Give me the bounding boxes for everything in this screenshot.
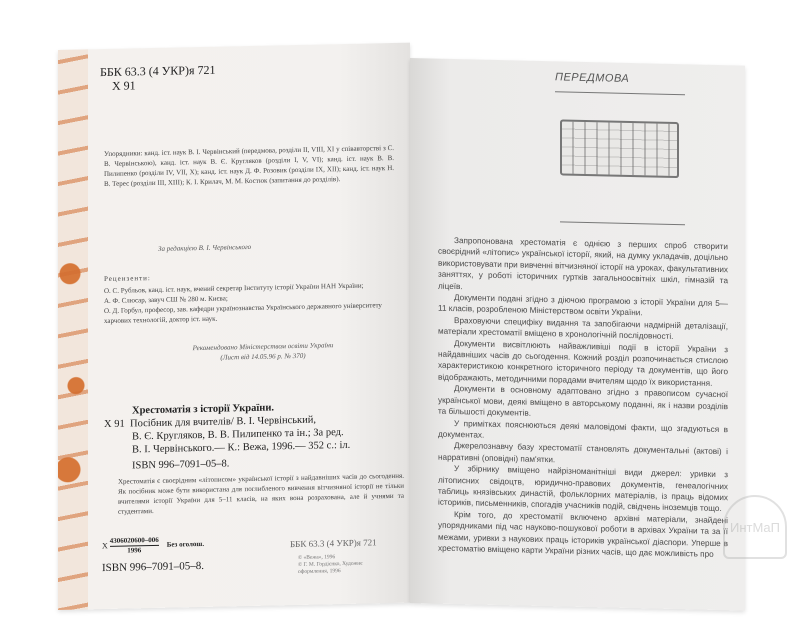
catalog-card-code: Х 91: [104, 417, 130, 431]
editor-line: За редакцією В. І. Червінського: [158, 242, 251, 255]
ornamental-vignette-icon: [560, 119, 679, 178]
recommendation-note: Рекомендовано Міністерством освіти Украї…: [148, 339, 378, 364]
publication-code: Х 4306020600–006 1996 Без оголош.: [102, 535, 204, 556]
open-book: ББК 63.3 (4 УКР)я 721 Х 91 Упорядники: к…: [0, 0, 800, 630]
bbk-code-bottom: ББК 63.3 (4 УКР)я 721: [290, 537, 377, 550]
paragraph: Крім того, до хрестоматії включено архів…: [438, 508, 728, 560]
code-fraction: 4306020600–006 1996: [110, 536, 159, 556]
paragraph: Запропонована хрестоматія є однією з пер…: [438, 235, 728, 299]
shopping-basket-watermark-icon: ИнтМаП: [720, 495, 790, 575]
code-denominator: 1996: [110, 546, 159, 556]
bbk-code: ББК 63.3 (4 УКР)я 721: [100, 63, 215, 79]
code-prefix: Х: [102, 541, 108, 550]
bbk-code-block: ББК 63.3 (4 УКР)я 721 Х 91: [100, 63, 215, 93]
heading-rule: [555, 91, 685, 95]
orange-ornament-border: [58, 49, 88, 610]
catalog-isbn: ISBN 996–7091–05–8.: [104, 454, 404, 473]
copyright-block: © «Вежа», 1996 © Г. М. Гордієнко, Художн…: [298, 554, 363, 576]
compilers-text: Упорядники: канд. іст. наук В. І. Червін…: [104, 143, 394, 189]
preface-heading: ПЕРЕДМОВА: [555, 71, 629, 85]
isbn-bottom: ISBN 996–7091–05–8.: [102, 561, 204, 574]
abstract-text: Хрестоматія є своєрідним «літописом» укр…: [118, 471, 404, 517]
copyright-line: оформлення, 1996: [298, 568, 363, 576]
left-page: ББК 63.3 (4 УКР)я 721 Х 91 Упорядники: к…: [58, 43, 410, 610]
reviewers-block: Рецензенти: О. С. Рубльов, канд. іст. на…: [104, 268, 394, 326]
section-rule: [560, 221, 685, 225]
paragraph: Документи висвітлюють найважливіші події…: [438, 337, 728, 389]
no-price-note: Без оголош.: [167, 540, 204, 549]
paragraph: У збірнику вміщено найрізноманітніші вид…: [438, 463, 728, 515]
catalog-card: Хрестоматія з історії України. Х 91Посіб…: [104, 399, 404, 473]
right-page: ПЕРЕДМОВА Запропонована хрестоматія є од…: [410, 58, 745, 611]
preface-text: Запропонована хрестоматія є однією з пер…: [438, 235, 728, 561]
watermark-text: ИнтМаП: [730, 520, 780, 535]
catalog-code: Х 91: [100, 77, 215, 93]
paragraph: Документи в основному адаптовано згідно …: [438, 383, 728, 424]
